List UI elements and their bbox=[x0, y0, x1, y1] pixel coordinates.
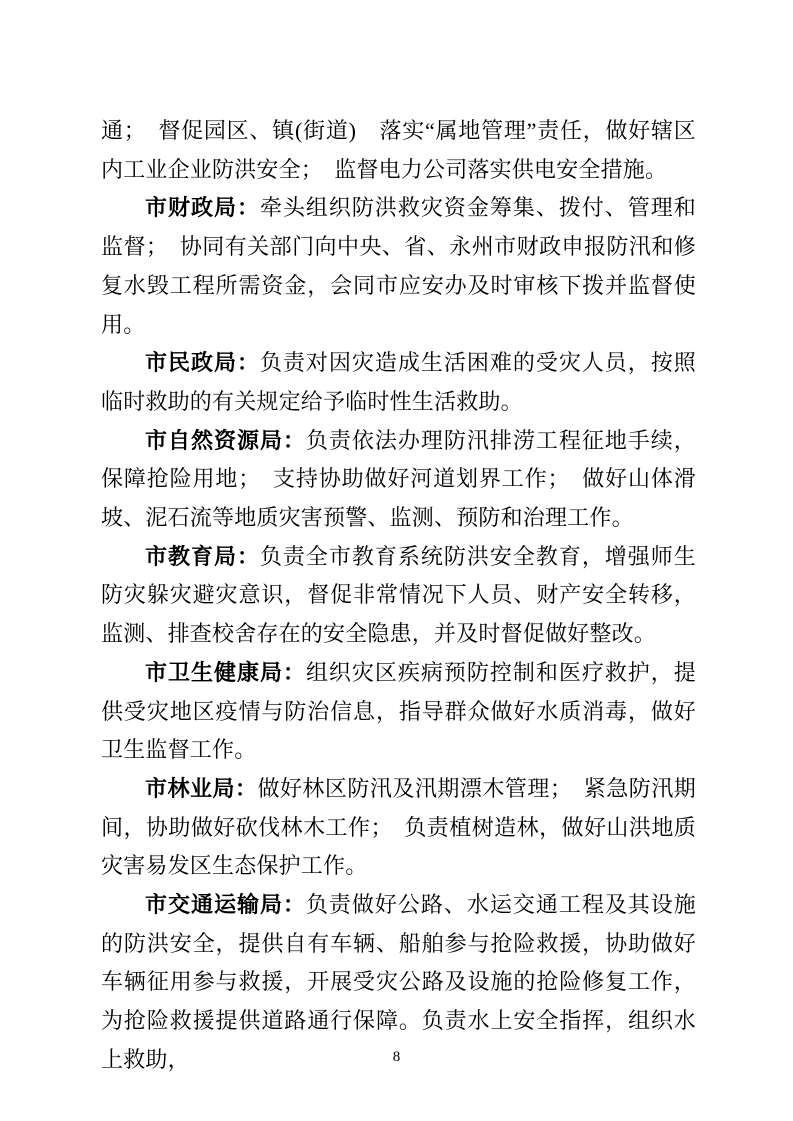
dept-name-label: 市民政局： bbox=[145, 350, 260, 375]
paragraph-continuation: 通； 督促园区、镇(街道) 落实“属地管理”责任，做好辖区内工业企业防洪安全； … bbox=[101, 112, 696, 189]
dept-name-label: 市自然资源局： bbox=[145, 428, 306, 453]
paragraph-finance-bureau: 市财政局：牵头组织防洪救灾资金筹集、拨付、管理和监督； 协同有关部门向中央、省、… bbox=[101, 189, 696, 344]
paragraph-education-bureau: 市教育局：负责全市教育系统防洪安全教育，增强师生防灾躲灾避灾意识，督促非常情况下… bbox=[101, 538, 696, 654]
paragraph-text: 负责做好公路、水运交通工程及其设施的防洪安全，提供自有车辆、船舶参与抢险救援，协… bbox=[101, 892, 696, 1072]
dept-name-label: 市卫生健康局： bbox=[145, 660, 306, 685]
paragraph-natural-resources-bureau: 市自然资源局：负责依法办理防汛排涝工程征地手续，保障抢险用地； 支持协助做好河道… bbox=[101, 422, 696, 538]
dept-name-label: 市教育局： bbox=[145, 544, 260, 569]
paragraph-civil-affairs-bureau: 市民政局：负责对因灾造成生活困难的受灾人员，按照临时救助的有关规定给予临时性生活… bbox=[101, 344, 696, 421]
dept-name-label: 市林业局： bbox=[145, 776, 257, 801]
page-number: 8 bbox=[0, 1049, 793, 1066]
dept-name-label: 市财政局： bbox=[145, 195, 260, 220]
document-body: 通； 督促园区、镇(街道) 落实“属地管理”责任，做好辖区内工业企业防洪安全； … bbox=[101, 112, 696, 1080]
paragraph-text: 通； 督促园区、镇(街道) 落实“属地管理”责任，做好辖区内工业企业防洪安全； … bbox=[101, 118, 696, 182]
dept-name-label: 市交通运输局： bbox=[145, 892, 306, 917]
paragraph-health-bureau: 市卫生健康局：组织灾区疾病预防控制和医疗救护，提供受灾地区疫情与防治信息，指导群… bbox=[101, 654, 696, 770]
paragraph-forestry-bureau: 市林业局：做好林区防汛及汛期漂木管理； 紧急防汛期间，协助做好砍伐林木工作； 负… bbox=[101, 770, 696, 886]
document-page: 通； 督促园区、镇(街道) 落实“属地管理”责任，做好辖区内工业企业防洪安全； … bbox=[0, 0, 793, 1121]
